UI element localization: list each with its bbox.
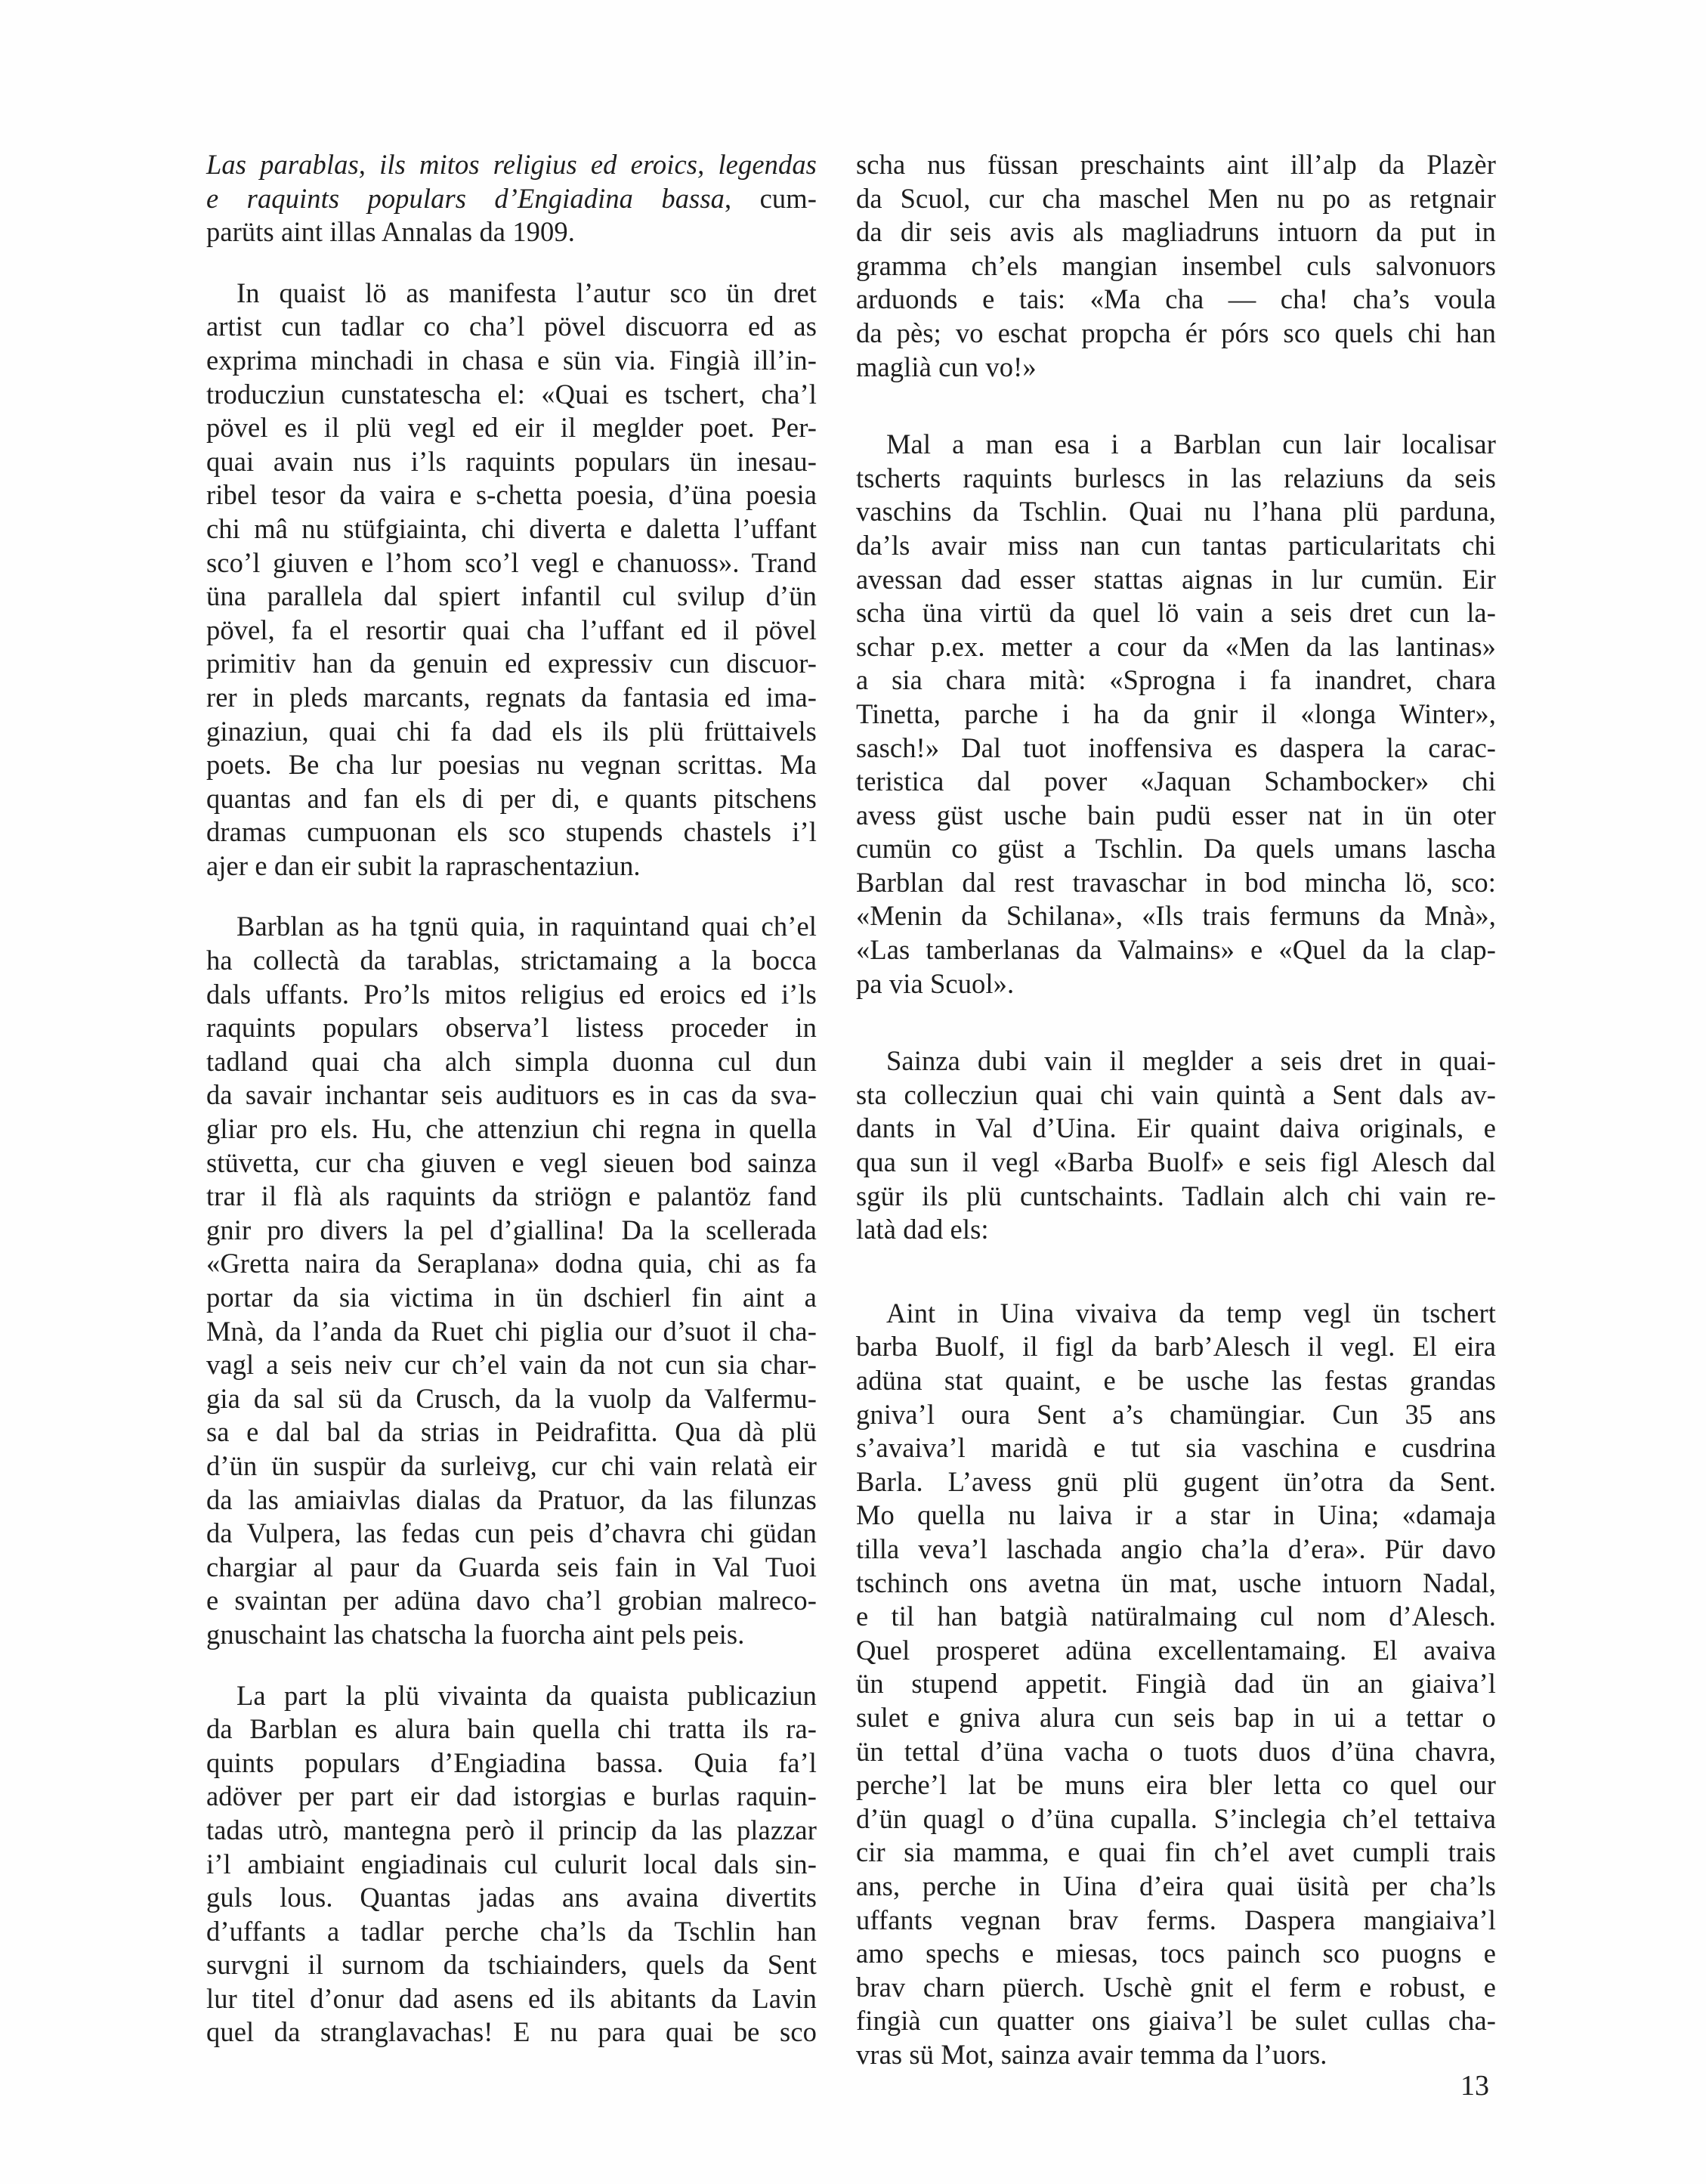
- text-line: pövel, fa el resortir quai cha l’uffant …: [206, 614, 817, 648]
- text-line: exprima minchadi in chasa e sün via. Fin…: [206, 344, 817, 378]
- text-line: da Vulpera, las fedas cun peis d’chavra …: [206, 1517, 817, 1551]
- text-line: dants in Val d’Uina. Eir quaint daiva or…: [856, 1112, 1496, 1146]
- text-line: gniva’l oura Sent a’s chamüngiar. Cun 35…: [856, 1398, 1496, 1432]
- text-line: da Scuol, cur cha maschel Men nu po as r…: [856, 182, 1496, 216]
- paragraph-mal-a-man: Mal a man esa i a Barblan cun lair local…: [856, 428, 1496, 1001]
- text-line: da pès; vo eschat propcha ér pórs sco qu…: [856, 317, 1496, 351]
- text-line: avessan dad esser stattas aignas in lur …: [856, 563, 1496, 597]
- page-number: 13: [1460, 2069, 1489, 2102]
- text-line: perche’l lat be muns eira bler letta co …: [856, 1768, 1496, 1802]
- text-line: i’l ambiaint engiadinais cul culurit loc…: [206, 1848, 817, 1882]
- text-line: «Gretta naira da Seraplana» dodna quia, …: [206, 1247, 817, 1281]
- text-line: tilla veva’l laschada angio cha’la d’era…: [856, 1533, 1496, 1567]
- text-line: avess güst usche bain pudü esser nat in …: [856, 799, 1496, 833]
- text-line: Sainza dubi vain il meglder a seis dret …: [856, 1044, 1496, 1078]
- italic-part: e raquints populars d’Engiadina bassa: [206, 183, 725, 214]
- text-line: poets. Be cha lur poesias nu vegnan scri…: [206, 748, 817, 782]
- text-line: adüna stat quaint, e be usche las festas…: [856, 1364, 1496, 1398]
- paragraph-part-vivainta: La part la plü vivainta da quaista publi…: [206, 1679, 817, 2050]
- paragraph-continuation-plazer: scha nus füssan preschaints aint ill’alp…: [856, 148, 1496, 384]
- paragraph-barblan-tgnu: Barblan as ha tgnü quia, in raquintand q…: [206, 910, 817, 1651]
- text-line: scha nus füssan preschaints aint ill’alp…: [856, 148, 1496, 182]
- intro-italic-paragraph: Las parablas, ils mitos religius ed eroi…: [206, 148, 817, 249]
- text-line: stüvetta, cur cha giuven e vegl sieuen b…: [206, 1146, 817, 1180]
- text-line: primitiv han da genuin ed expressiv cun …: [206, 647, 817, 681]
- text-line: e raquints populars d’Engiadina bassa, c…: [206, 182, 817, 216]
- text-line: cumün co güst a Tschlin. Da quels umans …: [856, 832, 1496, 866]
- text-line: tadas utrò, mantegna però il princip da …: [206, 1814, 817, 1848]
- text-line: d’ün ün suspür da surleivg, cur chi vain…: [206, 1449, 817, 1483]
- text-line: da’ls avair miss nan cun tantas particul…: [856, 529, 1496, 563]
- text-line: quai avain nus i’ls raquints populars ün…: [206, 445, 817, 479]
- text-line: tschinch ons avetna ün mat, usche intuor…: [856, 1567, 1496, 1601]
- text-line: ribel tesor da vaira e s-chetta poesia, …: [206, 478, 817, 512]
- text-line: raquints populars observa’l listess proc…: [206, 1011, 817, 1045]
- paragraph-aint-in-uina: Aint in Uina vivaiva da temp vegl ün tsc…: [856, 1297, 1496, 2072]
- text-line: gia da sal sü da Crusch, da la vuolp da …: [206, 1382, 817, 1416]
- text-line: arduonds e tais: «Ma cha — cha! cha’s vo…: [856, 283, 1496, 317]
- text-line: gnuschaint las chatscha la fuorcha aint …: [206, 1618, 817, 1652]
- text-line: da savair inchantar seis audituors es in…: [206, 1078, 817, 1112]
- text-line: sa e dal bal da strias in Peidrafitta. Q…: [206, 1415, 817, 1449]
- text-line: scha üna virtü da quel lö vain a seis dr…: [856, 596, 1496, 630]
- text-line: «Las tamberlanas da Valmains» e «Quel da…: [856, 933, 1496, 967]
- text-line: latà dad els:: [856, 1213, 1496, 1247]
- text-line: d’ün quagl o d’üna cupalla. S’inclegia c…: [856, 1802, 1496, 1836]
- text-line: portar da sia victima in ün dschierl fin…: [206, 1281, 817, 1315]
- text-line: d’uffants a tadlar perche cha’ls da Tsch…: [206, 1915, 817, 1949]
- text-line: vaschins da Tschlin. Quai nu l’hana plü …: [856, 495, 1496, 529]
- text-line: In quaist lö as manifesta l’autur sco ün…: [206, 277, 817, 311]
- text-line: quints populars d’Engiadina bassa. Quia …: [206, 1746, 817, 1780]
- text-line: cir sia mamma, e quai fin ch’el avet cum…: [856, 1836, 1496, 1870]
- text-line: ha collectà da tarablas, strictamaing a …: [206, 944, 817, 978]
- text-line: troducziun cunstatescha el: «Quai es tsc…: [206, 378, 817, 412]
- text-line: fingià cun quatter ons giaiva’l be sulet…: [856, 2004, 1496, 2038]
- text-line: vras sü Mot, sainza avair temma da l’uor…: [856, 2038, 1496, 2072]
- text-line: chargiar al paur da Guarda seis fain in …: [206, 1551, 817, 1585]
- text-line: s’avaiva’l maridà e tut sia vaschina e c…: [856, 1431, 1496, 1465]
- text-line: Mal a man esa i a Barblan cun lair local…: [856, 428, 1496, 462]
- text-line: La part la plü vivainta da quaista publi…: [206, 1679, 817, 1713]
- text-line: Las parablas, ils mitos religius ed eroi…: [206, 148, 817, 182]
- text-line: maglià cun vo!»: [856, 351, 1496, 385]
- text-line: pa via Scuol».: [856, 967, 1496, 1001]
- text-line: rer in pleds marcants, regnats da fantas…: [206, 681, 817, 715]
- text-line: lur titel d’onur dad asens ed ils abitan…: [206, 1982, 817, 2016]
- text-line: ün tettal d’üna vacha o tuots duos d’üna…: [856, 1735, 1496, 1769]
- text-line: sulet e gniva alura cun seis bap in ui a…: [856, 1701, 1496, 1735]
- text-line: survgni il surnom da tschiainders, quels…: [206, 1948, 817, 1982]
- text-line: Aint in Uina vivaiva da temp vegl ün tsc…: [856, 1297, 1496, 1331]
- text-line: uffants vegnan brav ferms. Daspera mangi…: [856, 1904, 1496, 1938]
- text-line: da las amiaivlas dialas da Pratuor, da l…: [206, 1483, 817, 1517]
- text-line: «Menin da Schilana», «Ils trais fermuns …: [856, 899, 1496, 933]
- text-line: ajer e dan eir subit la rapraschentaziun…: [206, 849, 817, 883]
- right-column: scha nus füssan preschaints aint ill’alp…: [856, 148, 1496, 2071]
- text-line: tadland quai cha alch simpla duonna cul …: [206, 1045, 817, 1079]
- text-line: teristica dal pover «Jaquan Schambocker»…: [856, 765, 1496, 799]
- text-line: pövel es il plü vegl ed eir il meglder p…: [206, 411, 817, 445]
- text-line: guls lous. Quantas jadas ans avaina dive…: [206, 1881, 817, 1915]
- text-line: vagl a seis neiv cur ch’el vain da not c…: [206, 1348, 817, 1382]
- text-line: artist cun tadlar co cha’l pövel discuor…: [206, 310, 817, 344]
- text-line: ün stupend appetit. Fingià dad ün an gia…: [856, 1667, 1496, 1701]
- text-line: sgür ils plü cuntschaints. Tadlain alch …: [856, 1180, 1496, 1214]
- text-line: Quel prosperet adüna excellentamaing. El…: [856, 1634, 1496, 1668]
- paragraph-sainza-dubi: Sainza dubi vain il meglder a seis dret …: [856, 1044, 1496, 1247]
- text-line: chi mâ nu stüfgiainta, chi diverta e dal…: [206, 512, 817, 546]
- text-line: barba Buolf, il figl da barb’Alesch il v…: [856, 1330, 1496, 1364]
- text-line: gnir pro divers la pel d’giallina! Da la…: [206, 1214, 817, 1248]
- text-line: Barla. L’avess gnü plü gugent ün’otra da…: [856, 1465, 1496, 1499]
- text-line: adöver per part eir dad istorgias e burl…: [206, 1780, 817, 1814]
- book-page: Las parablas, ils mitos religius ed eroi…: [0, 0, 1706, 2184]
- left-column: Las parablas, ils mitos religius ed eroi…: [206, 148, 817, 2049]
- paragraph-manifesta: In quaist lö as manifesta l’autur sco ün…: [206, 277, 817, 883]
- text-line: ans, perche in Uina d’eira quai üsità pe…: [856, 1870, 1496, 1904]
- text-line: dals uffants. Pro’ls mitos religius ed e…: [206, 978, 817, 1012]
- text-line: trar il flà als raquints da striögn e pa…: [206, 1180, 817, 1214]
- roman-suffix: , cum-: [725, 183, 817, 214]
- text-line: qua sun il vegl «Barba Buolf» e seis fig…: [856, 1146, 1496, 1180]
- text-line: quel da stranglavachas! E nu para quai b…: [206, 2015, 817, 2049]
- text-line: da Barblan es alura bain quella chi trat…: [206, 1712, 817, 1746]
- text-line: Barblan dal rest travaschar in bod minch…: [856, 866, 1496, 900]
- text-line: schar p.ex. metter a cour da «Men da las…: [856, 630, 1496, 664]
- text-line: gramma ch’els mangian insembel culs salv…: [856, 249, 1496, 283]
- text-line: amo spechs e miesas, tocs painch sco puo…: [856, 1937, 1496, 1971]
- text-line: Tinetta, parche i ha da gnir il «longa W…: [856, 698, 1496, 732]
- text-line: e til han batgià natüralmaing cul nom d’…: [856, 1600, 1496, 1634]
- italic-line-with-roman-suffix: e raquints populars d’Engiadina bassa, c…: [206, 182, 817, 216]
- text-line: Mnà, da l’anda da Ruet chi piglia our d’…: [206, 1315, 817, 1349]
- text-line: a sia chara mità: «Sprogna i fa inandret…: [856, 664, 1496, 698]
- text-line: quantas and fan els di per di, e quants …: [206, 782, 817, 816]
- text-line: brav charn püerch. Uschè gnit el ferm e …: [856, 1971, 1496, 2005]
- text-line: ginaziun, quai chi fa dad els ils plü fr…: [206, 715, 817, 749]
- text-line: Barblan as ha tgnü quia, in raquintand q…: [206, 910, 817, 944]
- text-line: Mo quella nu laiva ir a star in Uina; «d…: [856, 1499, 1496, 1533]
- text-line: da dir seis avis als magliadruns intuorn…: [856, 215, 1496, 249]
- text-line: üna parallela dal spiert infantil cul sv…: [206, 580, 817, 614]
- text-line: gliar pro els. Hu, che attenziun chi reg…: [206, 1112, 817, 1146]
- text-line: dramas cumpuonan els sco stupends chaste…: [206, 815, 817, 849]
- text-line: parüts aint illas Annalas da 1909.: [206, 215, 817, 249]
- text-line: sasch!» Dal tuot inoffensiva es daspera …: [856, 732, 1496, 766]
- text-line: sta collecziun quai chi vain quintà a Se…: [856, 1078, 1496, 1112]
- text-line: e svaintan per adüna davo cha’l grobian …: [206, 1584, 817, 1618]
- text-line: tscherts raquints burlescs in las relazi…: [856, 462, 1496, 496]
- text-line: sco’l giuven e l’hom sco’l vegl e chanuo…: [206, 546, 817, 580]
